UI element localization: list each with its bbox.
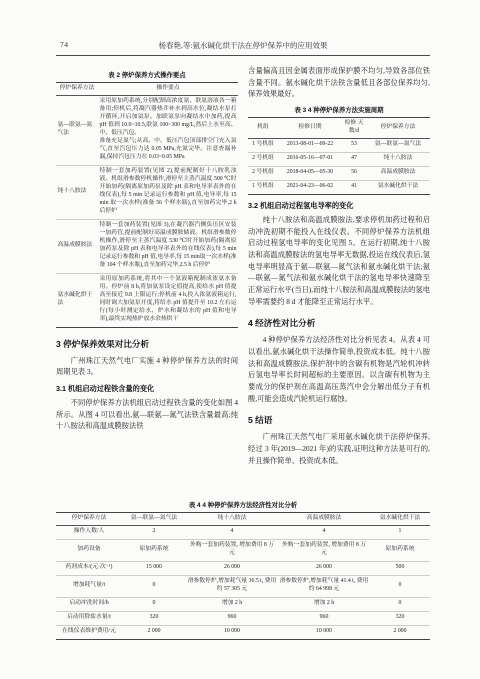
value: 15 000	[122, 561, 186, 575]
overhaul-date: 2013-08-01—09-22	[278, 138, 342, 152]
row-label: 药剂成本/(元·次⁻¹)	[56, 561, 122, 575]
method-name: 纯十八胺法	[56, 165, 98, 219]
method: 氨—联氨—氮气法	[366, 138, 430, 152]
table-row: 2 号机组 2018-04-05—05-30 56 高温成膜胺法	[248, 166, 430, 180]
method: 纯十八胺法	[366, 152, 430, 166]
section-3-heading: 3 停炉保养效果对比分析	[56, 338, 238, 350]
value: 500	[370, 561, 430, 575]
table4-title: 表 4 4 种停炉保养方法经济性对比分析	[56, 500, 430, 509]
continued-paragraph: 含量偏高且因金属表面形成保护膜不均匀,导致各部位铁含量不同。氨水碱化烘干法铁含量…	[248, 65, 430, 100]
table4-col-method4: 氨水碱化烘干法	[370, 513, 430, 526]
row-label: 加药设备	[56, 539, 122, 561]
value: 滑参数停炉,增加耗气量 41.4 t, 费用约 64 998 元	[278, 575, 370, 597]
table4-col-item: 停炉保养方法	[56, 513, 122, 526]
table-row: 药剂成本/(元·次⁻¹) 15 000 26 000 26 000 500	[56, 561, 430, 575]
value: 10 000	[186, 625, 278, 639]
section-4-heading: 4 经济性对比分析	[248, 317, 430, 329]
unit: 1 号机组	[248, 180, 278, 194]
table-row: 加药设备 原加药系统 外购一套加药装置, 增加费用 8 万元 外购一套加药装置,…	[56, 539, 430, 561]
method-name: 氨水碱化烘干法	[56, 273, 98, 327]
table4-header-row: 停炉保养方法 氨—联氨—氮气法 纯十八胺法 高温成膜胺法 氨水碱化烘干法	[56, 513, 430, 526]
table4-col-method3: 高温成膜胺法	[278, 513, 370, 526]
section-3-1-heading: 3.1 机组启动过程铁含量的变化	[56, 384, 238, 394]
table-row: 操作人数/人 2 4 4 1	[56, 525, 430, 539]
value: 增加 2 h	[278, 597, 370, 611]
method: 氨水碱化烘干法	[366, 180, 430, 194]
unit: 2 号机组	[248, 166, 278, 180]
page-header: 74 杨春艳,等:氨水碱化烘干法在停炉保养中的应用效果	[56, 40, 430, 51]
value: 增加 2 h	[186, 597, 278, 611]
section-3-2-paragraph: 纯十八胺法和高温成膜胺法,要求停机加药过程和启动冲洗初期不能投入在线仪表。不同停…	[248, 214, 430, 307]
value: 0	[370, 597, 430, 611]
value: 原加药系统	[122, 539, 186, 561]
table3-title: 表 3 4 种停炉保养方法实施周期	[248, 105, 430, 114]
row-label: 增加耗气量/t	[56, 575, 122, 597]
table-row: 增加耗气量/t 0 滑参数停炉,增加耗气量 36.5 t, 费用约 57 305…	[56, 575, 430, 597]
table-row: 1 号机组 2013-08-01—09-22 53 氨—联氨—氮气法	[248, 138, 430, 152]
row-label: 操作人数/人	[56, 525, 122, 539]
value: 原加药系统	[370, 539, 430, 561]
table4-col-method1: 氨—联氨—氮气法	[122, 513, 186, 526]
section-5-paragraph: 广州珠江天然气电厂采用氨水碱化烘干法停炉保养,经过 3 年(2019—2021 …	[248, 431, 430, 466]
unit: 1 号机组	[248, 138, 278, 152]
value: 2	[122, 525, 186, 539]
table-row: 启动用除盐水量/t 320 960 960 320	[56, 611, 430, 625]
days: 41	[342, 180, 366, 194]
value: 26 000	[186, 561, 278, 575]
method: 高温成膜胺法	[366, 166, 430, 180]
method-name: 氨—联氨—氮气法	[56, 95, 98, 165]
table2-title: 表 2 停炉保养方式操作要点	[56, 70, 238, 79]
value: 0	[122, 597, 186, 611]
value: 960	[278, 611, 370, 625]
value: 4	[278, 525, 370, 539]
right-column: 含量偏高且因金属表面形成保护膜不均匀,导致各部位铁含量不同。氨水碱化烘干法铁含量…	[248, 65, 430, 495]
section-3-2-heading: 3.2 机组启动过程氢电导率的变化	[248, 201, 430, 211]
value: 0	[122, 575, 186, 597]
value: 滑参数停炉,增加耗气量 36.5 t, 费用约 57 305 元	[186, 575, 278, 597]
row-label: 在线仪表维护费用/元	[56, 625, 122, 639]
unit: 2 号机组	[248, 152, 278, 166]
days: 56	[342, 166, 366, 180]
section-3-paragraph: 广州珠江天然气电厂实施 4 种停炉保养方法的时间周期见表 3。	[56, 355, 238, 378]
row-label: 启动用除盐水量/t	[56, 611, 122, 625]
value: 10 000	[278, 625, 370, 639]
table3-col-date: 检修日期	[278, 118, 342, 139]
table-row: 在线仪表维护费用/元 2 000 10 000 10 000 2 000	[56, 625, 430, 639]
value: 4	[186, 525, 278, 539]
table2-operation-points: 停炉保养方法 操作要点 氨—联氨—氮气法 采用原加药系统,分别配制高浓度氨、联氨…	[56, 82, 238, 328]
table3-col-days: 检修 天数/d	[342, 118, 366, 139]
table3-header-row: 机组 检修日期 检修 天数/d 停炉保养方法	[248, 118, 430, 139]
running-title: 杨春艳,等:氨水碱化烘干法在停炉保养中的应用效果	[56, 40, 430, 51]
value: 320	[122, 611, 186, 625]
left-column: 表 2 停炉保养方式操作要点 停炉保养方法 操作要点 氨—联氨—氮气法 采用原加…	[56, 65, 238, 495]
overhaul-date: 2018-04-05—05-30	[278, 166, 342, 180]
section-4-paragraph: 4 种停炉保养方法经济性对比分析见表 4。从表 4 可以看出,氨水碱化烘干法操作…	[248, 334, 430, 404]
value: 0	[370, 575, 430, 597]
two-column-body: 表 2 停炉保养方式操作要点 停炉保养方法 操作要点 氨—联氨—氮气法 采用原加…	[56, 65, 430, 495]
table4-col-method2: 纯十八胺法	[186, 513, 278, 526]
table3-col-unit: 机组	[248, 118, 278, 139]
section-3-1-paragraph: 不同停炉保养方法机组启动过程铁含量的变化如图 4 所示。从图 4 可以看出,氨—…	[56, 397, 238, 432]
value: 1	[370, 525, 430, 539]
method-points: 采用原加药系统,将其中一个氨液箱配制成浓氨水备用。停炉前 8 h,将加氨泵设定值…	[98, 273, 238, 327]
table-row: 氨水碱化烘干法 采用原加药系统,将其中一个氨液箱配制成浓氨水备用。停炉前 8 h…	[56, 273, 238, 327]
overhaul-date: 2016-05-16—07-01	[278, 152, 342, 166]
table2-col-method: 停炉保养方法	[56, 83, 98, 96]
table2-header-row: 停炉保养方法 操作要点	[56, 83, 238, 96]
table4-block: 表 4 4 种停炉保养方法经济性对比分析 停炉保养方法 氨—联氨—氮气法 纯十八…	[56, 500, 430, 640]
method-points: 特制一套加药装置(见图 3),在凝汽器汽侧负压区安装一加药管,提前配制好高温成膜…	[98, 219, 238, 273]
table-row: 氨—联氨—氮气法 采用原加药系统,分别配制高浓度氨、联氨溶液各一箱备用;停机后,…	[56, 95, 238, 165]
table2-col-points: 操作要点	[98, 83, 238, 96]
header-rule	[56, 55, 430, 56]
table-row: 启动冲洗时间/h 0 增加 2 h 增加 2 h 0	[56, 597, 430, 611]
table3-implementation-periods: 机组 检修日期 检修 天数/d 停炉保养方法 1 号机组 2013-08-01—…	[248, 117, 430, 195]
table-row: 2 号机组 2016-05-16—07-01 47 纯十八胺法	[248, 152, 430, 166]
days: 53	[342, 138, 366, 152]
value: 外购一套加药装置, 增加费用 8 万元	[278, 539, 370, 561]
method-name: 高温成膜胺法	[56, 219, 98, 273]
method-points: 特制一套加药装置(见图 2),提前配制好十八胺乳浊液。机组滑参数停机操作,滑停至…	[98, 165, 238, 219]
value: 2 000	[122, 625, 186, 639]
table-row: 1 号机组 2021-04-23—06-02 41 氨水碱化烘干法	[248, 180, 430, 194]
value: 2 000	[370, 625, 430, 639]
section-5-heading: 5 结语	[248, 414, 430, 426]
table-row: 高温成膜胺法 特制一套加药装置(见图 3),在凝汽器汽侧负压区安装一加药管,提前…	[56, 219, 238, 273]
overhaul-date: 2021-04-23—06-02	[278, 180, 342, 194]
paper-page: 74 杨春艳,等:氨水碱化烘干法在停炉保养中的应用效果 表 2 停炉保养方式操作…	[0, 0, 480, 679]
table4-economic-comparison: 停炉保养方法 氨—联氨—氮气法 纯十八胺法 高温成膜胺法 氨水碱化烘干法 操作人…	[56, 512, 430, 640]
table3-col-method: 停炉保养方法	[366, 118, 430, 139]
row-label: 启动冲洗时间/h	[56, 597, 122, 611]
value: 320	[370, 611, 430, 625]
days: 47	[342, 152, 366, 166]
table-row: 纯十八胺法 特制一套加药装置(见图 2),提前配制好十八胺乳浊液。机组滑参数停机…	[56, 165, 238, 219]
method-points: 采用原加药系统,分别配制高浓度氨、联氨溶液各一箱备用;停机后,将凝汽器热井补水到…	[98, 95, 238, 165]
value: 26 000	[278, 561, 370, 575]
value: 960	[186, 611, 278, 625]
value: 外购一套加药装置, 增加费用 8 万元	[186, 539, 278, 561]
